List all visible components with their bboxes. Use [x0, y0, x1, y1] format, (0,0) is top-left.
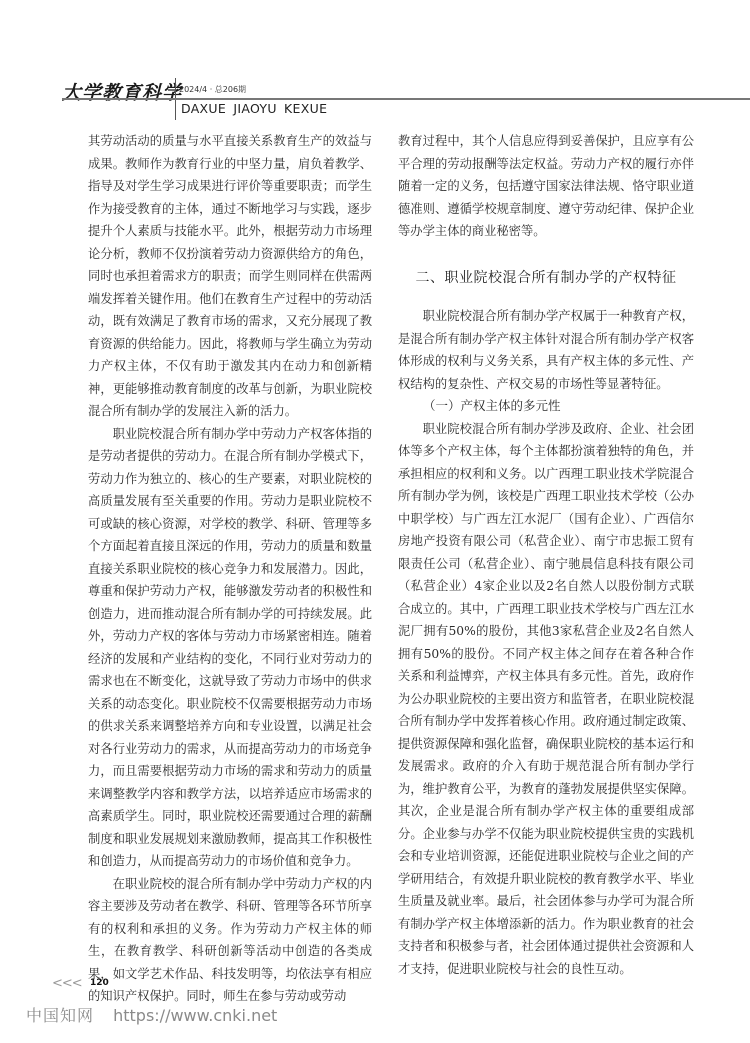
- paragraph: 职业院校混合所有制办学涉及政府、企业、社会团体等多个产权主体，每个主体都扮演着独…: [398, 418, 694, 981]
- paragraph: 职业院校混合所有制办学中劳动力产权客体指的是劳动者提供的劳动力。在混合所有制办学…: [88, 423, 372, 873]
- paragraph: 教育过程中，其个人信息应得到妥善保护，且应享有公平合理的劳动报酬等法定权益。劳动…: [398, 130, 694, 243]
- subsection-heading: （一）产权主体的多元性: [398, 395, 694, 418]
- cnki-watermark: 中国知网 https://www.cnki.net: [26, 1003, 277, 1026]
- journal-title-cn: 大学教育科学: [62, 78, 182, 105]
- page-number: 120: [90, 978, 109, 988]
- section-heading: 二、职业院校混合所有制办学的产权特征: [398, 267, 694, 290]
- watermark-url: https://www.cnki.net: [113, 1006, 277, 1025]
- paragraph: 在职业院校的混合所有制办学中劳动力产权的内容主要涉及劳动者在教学、科研、管理等各…: [88, 873, 372, 1008]
- left-column: 其劳动活动的质量与水平直接关系教育生产的效益与成果。教师作为教育行业的中坚力量，…: [88, 130, 372, 1008]
- paragraph: 职业院校混合所有制办学产权属于一种教育产权，是混合所有制办学产权主体针对混合所有…: [398, 305, 694, 395]
- journal-header: 大学教育科学 2024/4 · 总206期 DAXUE JIAOYU KEXUE: [60, 78, 750, 122]
- right-column: 教育过程中，其个人信息应得到妥善保护，且应享有公平合理的劳动报酬等法定权益。劳动…: [398, 130, 694, 980]
- watermark-site-name: 中国知网: [26, 1006, 94, 1025]
- journal-title-en: DAXUE JIAOYU KEXUE: [181, 101, 327, 116]
- paragraph: 其劳动活动的质量与水平直接关系教育生产的效益与成果。教师作为教育行业的中坚力量，…: [88, 130, 372, 423]
- issue-info: 2024/4 · 总206期: [179, 84, 246, 95]
- header-divider-horizontal: [62, 98, 750, 100]
- triple-chevron-left-icon: <<<: [52, 976, 82, 991]
